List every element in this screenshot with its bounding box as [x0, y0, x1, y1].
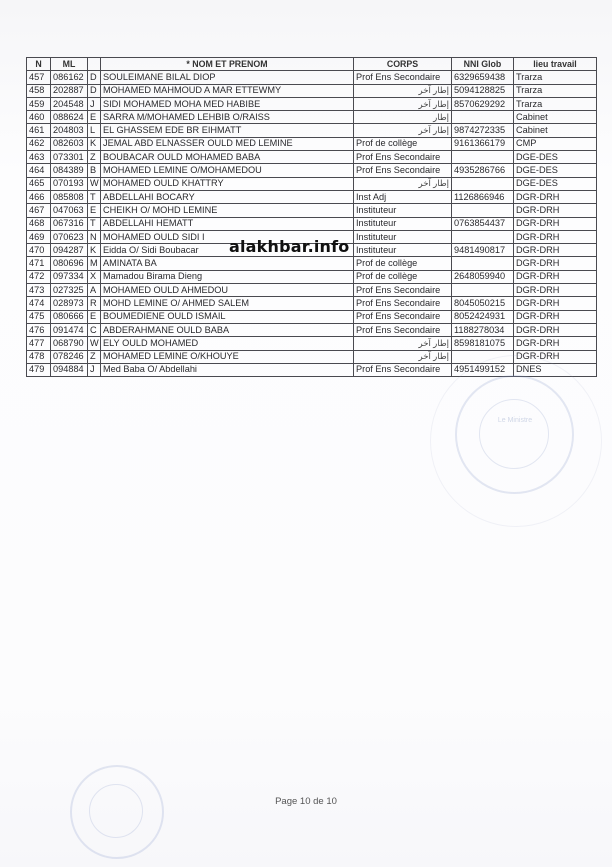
- cell-n: 464: [27, 164, 51, 177]
- cell-name: MOHD LEMINE O/ AHMED SALEM: [101, 297, 354, 310]
- table-row: 472097334XMamadou Birama DiengProf de co…: [27, 270, 597, 283]
- cell-lieu: DGR-DRH: [514, 257, 597, 270]
- cell-name: CHEIKH O/ MOHD LEMINE: [101, 204, 354, 217]
- table-row: 466085808TABDELLAHI BOCARYInst Adj112686…: [27, 190, 597, 203]
- cell-n: 465: [27, 177, 51, 190]
- cell-n: 466: [27, 190, 51, 203]
- cell-ml: 204548: [51, 97, 88, 110]
- cell-letter: E: [88, 204, 101, 217]
- cell-nni: [452, 111, 514, 124]
- table-row: 464084389BMOHAMED LEMINE O/MOHAMEDOUProf…: [27, 164, 597, 177]
- table-row: 467047063ECHEIKH O/ MOHD LEMINEInstitute…: [27, 204, 597, 217]
- cell-n: 458: [27, 84, 51, 97]
- cell-lieu: DGR-DRH: [514, 204, 597, 217]
- table-row: 460088624ESARRA M/MOHAMED LEHBIB O/RAISS…: [27, 111, 597, 124]
- cell-letter: T: [88, 190, 101, 203]
- cell-ml: 086162: [51, 71, 88, 84]
- cell-ml: 067316: [51, 217, 88, 230]
- table-row: 468067316TABDELLAHI HEMATTInstituteur076…: [27, 217, 597, 230]
- cell-name: BOUMEDIENE OULD ISMAIL: [101, 310, 354, 323]
- header-n: N: [27, 58, 51, 71]
- cell-corps: إطار آخر: [354, 97, 452, 110]
- cell-letter: Z: [88, 151, 101, 164]
- table-row: 476091474CABDERAHMANE OULD BABAProf Ens …: [27, 323, 597, 336]
- header-letter: [88, 58, 101, 71]
- cell-corps: Prof de collège: [354, 137, 452, 150]
- cell-corps: Prof Ens Secondaire: [354, 310, 452, 323]
- cell-corps: Instituteur: [354, 217, 452, 230]
- cell-letter: Z: [88, 350, 101, 363]
- cell-ml: 094884: [51, 363, 88, 376]
- cell-corps: إطار آخر: [354, 350, 452, 363]
- cell-nni: 9481490817: [452, 244, 514, 257]
- table-row: 463073301ZBOUBACAR OULD MOHAMED BABAProf…: [27, 151, 597, 164]
- cell-ml: 070623: [51, 230, 88, 243]
- cell-lieu: DGE-DES: [514, 177, 597, 190]
- cell-n: 467: [27, 204, 51, 217]
- cell-name: AMINATA BA: [101, 257, 354, 270]
- cell-nni: 8570629292: [452, 97, 514, 110]
- table-row: 458202887DMOHAMED MAHMOUD A MAR ETTEWMYإ…: [27, 84, 597, 97]
- table-row: 473027325AMOHAMED OULD AHMEDOUProf Ens S…: [27, 284, 597, 297]
- cell-lieu: Trarza: [514, 71, 597, 84]
- cell-name: SARRA M/MOHAMED LEHBIB O/RAISS: [101, 111, 354, 124]
- cell-lieu: Trarza: [514, 84, 597, 97]
- cell-n: 478: [27, 350, 51, 363]
- header-lieu: lieu travail: [514, 58, 597, 71]
- cell-name: MOHAMED LEMINE O/MOHAMEDOU: [101, 164, 354, 177]
- header-ml: ML: [51, 58, 88, 71]
- cell-ml: 202887: [51, 84, 88, 97]
- cell-n: 479: [27, 363, 51, 376]
- cell-n: 476: [27, 323, 51, 336]
- cell-lieu: DGE-DES: [514, 164, 597, 177]
- cell-name: MOHAMED OULD KHATTRY: [101, 177, 354, 190]
- cell-lieu: DGR-DRH: [514, 244, 597, 257]
- cell-lieu: DGR-DRH: [514, 337, 597, 350]
- cell-nni: 2648059940: [452, 270, 514, 283]
- header-corps: CORPS: [354, 58, 452, 71]
- faded-stamp-emblem-icon: [89, 784, 143, 838]
- cell-name: MOHAMED LEMINE O/KHOUYE: [101, 350, 354, 363]
- cell-n: 463: [27, 151, 51, 164]
- cell-name: MOHAMED OULD AHMEDOU: [101, 284, 354, 297]
- cell-name: ELY OULD MOHAMED: [101, 337, 354, 350]
- cell-corps: إطار آخر: [354, 337, 452, 350]
- cell-name: SIDI MOHAMED MOHA MED HABIBE: [101, 97, 354, 110]
- cell-ml: 080696: [51, 257, 88, 270]
- cell-lieu: DGR-DRH: [514, 310, 597, 323]
- cell-corps: Prof Ens Secondaire: [354, 164, 452, 177]
- cell-letter: B: [88, 164, 101, 177]
- cell-nni: 8052424931: [452, 310, 514, 323]
- cell-letter: X: [88, 270, 101, 283]
- cell-n: 457: [27, 71, 51, 84]
- cell-letter: E: [88, 111, 101, 124]
- table-row: 477068790WELY OULD MOHAMEDإطار آخر859818…: [27, 337, 597, 350]
- header-nni: NNI Glob: [452, 58, 514, 71]
- cell-ml: 085808: [51, 190, 88, 203]
- cell-letter: K: [88, 137, 101, 150]
- cell-nni: 9874272335: [452, 124, 514, 137]
- cell-corps: Prof Ens Secondaire: [354, 284, 452, 297]
- cell-letter: D: [88, 84, 101, 97]
- cell-lieu: DGR-DRH: [514, 230, 597, 243]
- cell-ml: 070193: [51, 177, 88, 190]
- cell-n: 461: [27, 124, 51, 137]
- cell-letter: L: [88, 124, 101, 137]
- cell-nni: 4935286766: [452, 164, 514, 177]
- cell-letter: D: [88, 71, 101, 84]
- cell-nni: [452, 204, 514, 217]
- cell-lieu: DGR-DRH: [514, 297, 597, 310]
- cell-ml: 084389: [51, 164, 88, 177]
- cell-corps: Prof Ens Secondaire: [354, 323, 452, 336]
- cell-n: 462: [27, 137, 51, 150]
- cell-corps: Prof Ens Secondaire: [354, 363, 452, 376]
- cell-lieu: DGR-DRH: [514, 284, 597, 297]
- cell-corps: Instituteur: [354, 204, 452, 217]
- cell-ml: 204803: [51, 124, 88, 137]
- cell-ml: 097334: [51, 270, 88, 283]
- cell-lieu: DGE-DES: [514, 151, 597, 164]
- cell-ml: 088624: [51, 111, 88, 124]
- cell-lieu: DGR-DRH: [514, 217, 597, 230]
- cell-letter: A: [88, 284, 101, 297]
- cell-corps: إطار: [354, 111, 452, 124]
- cell-letter: W: [88, 337, 101, 350]
- cell-n: 472: [27, 270, 51, 283]
- cell-corps: Prof Ens Secondaire: [354, 151, 452, 164]
- cell-n: 468: [27, 217, 51, 230]
- cell-letter: T: [88, 217, 101, 230]
- cell-n: 474: [27, 297, 51, 310]
- cell-corps: إطار آخر: [354, 84, 452, 97]
- cell-name: EL GHASSEM EDE BR EIHMATT: [101, 124, 354, 137]
- cell-ml: 091474: [51, 323, 88, 336]
- cell-nni: 8045050215: [452, 297, 514, 310]
- cell-corps: Instituteur: [354, 230, 452, 243]
- cell-name: ABDELLAHI HEMATT: [101, 217, 354, 230]
- cell-nni: 8598181075: [452, 337, 514, 350]
- table-header-row: N ML * NOM ET PRENOM CORPS NNI Glob lieu…: [27, 58, 597, 71]
- cell-n: 470: [27, 244, 51, 257]
- cell-nni: 1126866946: [452, 190, 514, 203]
- cell-ml: 078246: [51, 350, 88, 363]
- cell-lieu: DGR-DRH: [514, 270, 597, 283]
- cell-lieu: Cabinet: [514, 111, 597, 124]
- cell-n: 475: [27, 310, 51, 323]
- cell-corps: إطار آخر: [354, 177, 452, 190]
- cell-name: Med Baba O/ Abdellahi: [101, 363, 354, 376]
- cell-name: ABDERAHMANE OULD BABA: [101, 323, 354, 336]
- watermark-text: alakhbar.info: [229, 237, 349, 256]
- cell-letter: W: [88, 177, 101, 190]
- cell-n: 477: [27, 337, 51, 350]
- cell-letter: K: [88, 244, 101, 257]
- cell-name: Mamadou Birama Dieng: [101, 270, 354, 283]
- table-row: 461204803LEL GHASSEM EDE BR EIHMATTإطار …: [27, 124, 597, 137]
- cell-ml: 094287: [51, 244, 88, 257]
- table-row: 474028973RMOHD LEMINE O/ AHMED SALEMProf…: [27, 297, 597, 310]
- header-name: * NOM ET PRENOM: [101, 58, 354, 71]
- cell-nni: [452, 257, 514, 270]
- cell-ml: 073301: [51, 151, 88, 164]
- cell-corps: Instituteur: [354, 244, 452, 257]
- cell-name: MOHAMED MAHMOUD A MAR ETTEWMY: [101, 84, 354, 97]
- cell-corps: Prof Ens Secondaire: [354, 297, 452, 310]
- table-row: 459204548JSIDI MOHAMED MOHA MED HABIBEإط…: [27, 97, 597, 110]
- cell-nni: 5094128825: [452, 84, 514, 97]
- cell-ml: 082603: [51, 137, 88, 150]
- cell-letter: J: [88, 363, 101, 376]
- cell-name: ABDELLAHI BOCARY: [101, 190, 354, 203]
- page-footer: Page 10 de 10: [0, 796, 612, 807]
- cell-name: JEMAL ABD ELNASSER OULD MED LEMINE: [101, 137, 354, 150]
- cell-n: 471: [27, 257, 51, 270]
- cell-ml: 028973: [51, 297, 88, 310]
- table-body: 457086162DSOULEIMANE BILAL DIOPProf Ens …: [27, 71, 597, 377]
- table-row: 471080696MAMINATA BAProf de collègeDGR-D…: [27, 257, 597, 270]
- cell-n: 459: [27, 97, 51, 110]
- cell-nni: 1188278034: [452, 323, 514, 336]
- table-row: 465070193WMOHAMED OULD KHATTRYإطار آخرDG…: [27, 177, 597, 190]
- cell-n: 460: [27, 111, 51, 124]
- cell-name: SOULEIMANE BILAL DIOP: [101, 71, 354, 84]
- cell-ml: 047063: [51, 204, 88, 217]
- cell-lieu: DGR-DRH: [514, 323, 597, 336]
- cell-ml: 027325: [51, 284, 88, 297]
- stamp-emblem-icon: [479, 399, 549, 469]
- official-stamp-icon: Le Ministre: [455, 375, 574, 494]
- table-row: 475080666EBOUMEDIENE OULD ISMAILProf Ens…: [27, 310, 597, 323]
- cell-nni: 9161366179: [452, 137, 514, 150]
- cell-nni: [452, 284, 514, 297]
- cell-letter: J: [88, 97, 101, 110]
- cell-letter: E: [88, 310, 101, 323]
- cell-corps: إطار آخر: [354, 124, 452, 137]
- cell-letter: M: [88, 257, 101, 270]
- stamp-text: Le Ministre: [475, 417, 555, 424]
- cell-corps: Inst Adj: [354, 190, 452, 203]
- cell-n: 469: [27, 230, 51, 243]
- cell-letter: C: [88, 323, 101, 336]
- cell-nni: [452, 177, 514, 190]
- cell-corps: Prof de collège: [354, 270, 452, 283]
- cell-letter: N: [88, 230, 101, 243]
- cell-lieu: DGR-DRH: [514, 190, 597, 203]
- cell-nni: 6329659438: [452, 71, 514, 84]
- cell-nni: [452, 230, 514, 243]
- cell-nni: [452, 151, 514, 164]
- cell-corps: Prof de collège: [354, 257, 452, 270]
- cell-name: BOUBACAR OULD MOHAMED BABA: [101, 151, 354, 164]
- table-row: 457086162DSOULEIMANE BILAL DIOPProf Ens …: [27, 71, 597, 84]
- cell-ml: 068790: [51, 337, 88, 350]
- cell-n: 473: [27, 284, 51, 297]
- faded-stamp-icon: [70, 765, 164, 859]
- cell-letter: R: [88, 297, 101, 310]
- cell-corps: Prof Ens Secondaire: [354, 71, 452, 84]
- staff-roster-table: N ML * NOM ET PRENOM CORPS NNI Glob lieu…: [26, 57, 597, 377]
- cell-lieu: CMP: [514, 137, 597, 150]
- cell-lieu: Trarza: [514, 97, 597, 110]
- cell-nni: 0763854437: [452, 217, 514, 230]
- table-row: 462082603KJEMAL ABD ELNASSER OULD MED LE…: [27, 137, 597, 150]
- cell-lieu: Cabinet: [514, 124, 597, 137]
- cell-ml: 080666: [51, 310, 88, 323]
